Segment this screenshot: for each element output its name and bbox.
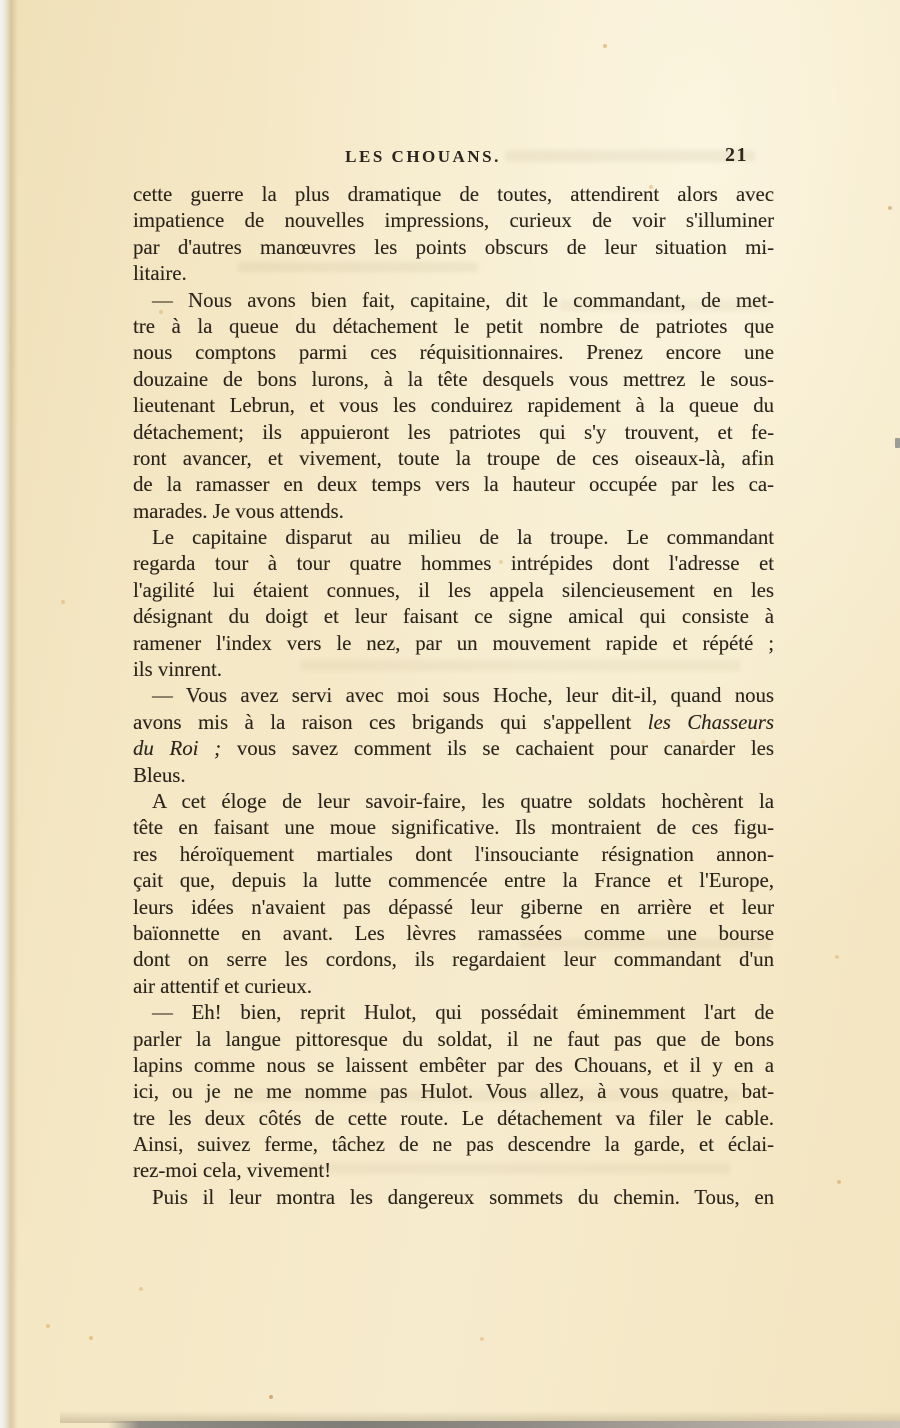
text-run: marades. Je vous attends.	[133, 500, 344, 523]
text-line: Le capitaine disparut au milieu de la tr…	[133, 525, 774, 551]
text-run: vous savez comment ils se cachaient pour…	[221, 737, 774, 760]
text-line: douzaine de bons lurons, à la tête desqu…	[133, 367, 774, 393]
text-line: désignant du doigt et leur faisant ce si…	[133, 604, 774, 630]
text-line: ront avancer, et vivement, toute la trou…	[133, 446, 774, 472]
text-run: parler la langue pittoresque du soldat, …	[133, 1028, 774, 1051]
text-line: — Vous avez servi avec moi sous Hoche, l…	[133, 683, 774, 709]
text-run: par d'autres manœuvres les points obscur…	[133, 236, 774, 259]
text-line: ramener l'index vers le nez, par un mouv…	[133, 631, 774, 657]
bleedthrough-smudge	[300, 1163, 730, 1174]
bleedthrough-smudge	[560, 300, 770, 311]
text-run: désignant du doigt et leur faisant ce si…	[133, 605, 774, 628]
text-line: avons mis à la raison ces brigands qui s…	[133, 710, 774, 736]
text-run: res héroïquement martiales dont l'insouc…	[133, 843, 774, 866]
bleedthrough-smudge	[300, 660, 740, 671]
bleedthrough-smudge	[505, 150, 755, 162]
text-run: cette guerre la plus dramatique de toute…	[133, 183, 774, 206]
text-run: A cet éloge de leur savoir-faire, les qu…	[152, 790, 774, 813]
text-line: regarda tour à tour quatre hommes intrép…	[133, 551, 774, 577]
text-run: — Eh! bien, reprit Hulot, qui possédait …	[152, 1001, 774, 1024]
text-line: de la ramasser en deux temps vers la hau…	[133, 472, 774, 498]
italic-phrase: les Chasseurs	[648, 711, 774, 734]
text-run: tre à la queue du détachement le petit n…	[133, 315, 774, 338]
text-run: Bleus.	[133, 764, 186, 787]
text-run: Puis il leur montra les dangereux sommet…	[152, 1186, 774, 1209]
bleedthrough-smudge	[238, 262, 478, 272]
text-line: leurs idées n'avaient pas dépassé leur g…	[133, 895, 774, 921]
text-run: dont on serre les cordons, ils regardaie…	[133, 948, 774, 971]
text-run: tête en faisant une moue significative. …	[133, 816, 774, 839]
text-line: lieutenant Lebrun, et vous les conduirez…	[133, 393, 774, 419]
scan-left-edge	[0, 0, 18, 1428]
text-line: tre les deux côtés de cette route. Le dé…	[133, 1106, 774, 1132]
text-run: ils vinrent.	[133, 658, 222, 681]
text-run: avons mis à la raison ces brigands qui s…	[133, 711, 648, 734]
text-run: air attentif et curieux.	[133, 975, 312, 998]
text-block: cette guerre la plus dramatique de toute…	[133, 182, 774, 1211]
text-line: parler la langue pittoresque du soldat, …	[133, 1027, 774, 1053]
text-line: du Roi ; vous savez comment ils se cacha…	[133, 736, 774, 762]
text-line: Puis il leur montra les dangereux sommet…	[133, 1185, 774, 1211]
text-run: lapins comme nous se laissent embêter pa…	[133, 1054, 774, 1077]
text-run: de la ramasser en deux temps vers la hau…	[133, 473, 774, 496]
text-run: Le capitaine disparut au milieu de la tr…	[152, 526, 774, 549]
text-line: marades. Je vous attends.	[133, 499, 774, 525]
bleedthrough-smudge	[520, 938, 770, 949]
bleedthrough-smudge	[240, 1090, 740, 1101]
scanned-book-page: LES CHOUANS. 21 cette guerre la plus dra…	[0, 0, 900, 1428]
text-line: res héroïquement martiales dont l'insouc…	[133, 842, 774, 868]
text-run: regarda tour à tour quatre hommes intrép…	[133, 552, 774, 575]
text-line: détachement; ils appuieront les patriote…	[133, 420, 774, 446]
text-line: impatience de nouvelles impressions, cur…	[133, 208, 774, 234]
text-run: çait que, depuis la lutte commencée entr…	[133, 869, 774, 892]
text-run: leurs idées n'avaient pas dépassé leur g…	[133, 896, 774, 919]
text-run: détachement; ils appuieront les patriote…	[133, 421, 774, 444]
scan-artifact	[895, 438, 900, 448]
text-line: l'agilité lui étaient connues, il les ap…	[133, 578, 774, 604]
text-line: air attentif et curieux.	[133, 974, 774, 1000]
text-line: lapins comme nous se laissent embêter pa…	[133, 1053, 774, 1079]
text-line: A cet éloge de leur savoir-faire, les qu…	[133, 789, 774, 815]
text-line: tête en faisant une moue significative. …	[133, 815, 774, 841]
text-run: nous comptons parmi ces réquisitionnaire…	[133, 341, 774, 364]
text-run: lieutenant Lebrun, et vous les conduirez…	[133, 394, 774, 417]
text-line: nous comptons parmi ces réquisitionnaire…	[133, 340, 774, 366]
text-run: — Vous avez servi avec moi sous Hoche, l…	[152, 684, 774, 707]
text-run: impatience de nouvelles impressions, cur…	[133, 209, 774, 232]
text-run: tre les deux côtés de cette route. Le dé…	[133, 1107, 774, 1130]
text-run: Ainsi, suivez ferme, tâchez de ne pas de…	[133, 1133, 774, 1156]
text-run: ramener l'index vers le nez, par un mouv…	[133, 632, 774, 655]
text-line: çait que, depuis la lutte commencée entr…	[133, 868, 774, 894]
text-line: Ainsi, suivez ferme, tâchez de ne pas de…	[133, 1132, 774, 1158]
text-line: dont on serre les cordons, ils regardaie…	[133, 947, 774, 973]
text-run: litaire.	[133, 262, 187, 285]
text-line: Bleus.	[133, 763, 774, 789]
text-run: ront avancer, et vivement, toute la trou…	[133, 447, 774, 470]
text-run: l'agilité lui étaient connues, il les ap…	[133, 579, 774, 602]
text-line: par d'autres manœuvres les points obscur…	[133, 235, 774, 261]
text-line: tre à la queue du détachement le petit n…	[133, 314, 774, 340]
text-run: douzaine de bons lurons, à la tête desqu…	[133, 368, 774, 391]
italic-phrase: du Roi ;	[133, 737, 221, 760]
text-line: — Eh! bien, reprit Hulot, qui possédait …	[133, 1000, 774, 1026]
text-line: cette guerre la plus dramatique de toute…	[133, 182, 774, 208]
scan-bottom-edge	[108, 1421, 900, 1428]
